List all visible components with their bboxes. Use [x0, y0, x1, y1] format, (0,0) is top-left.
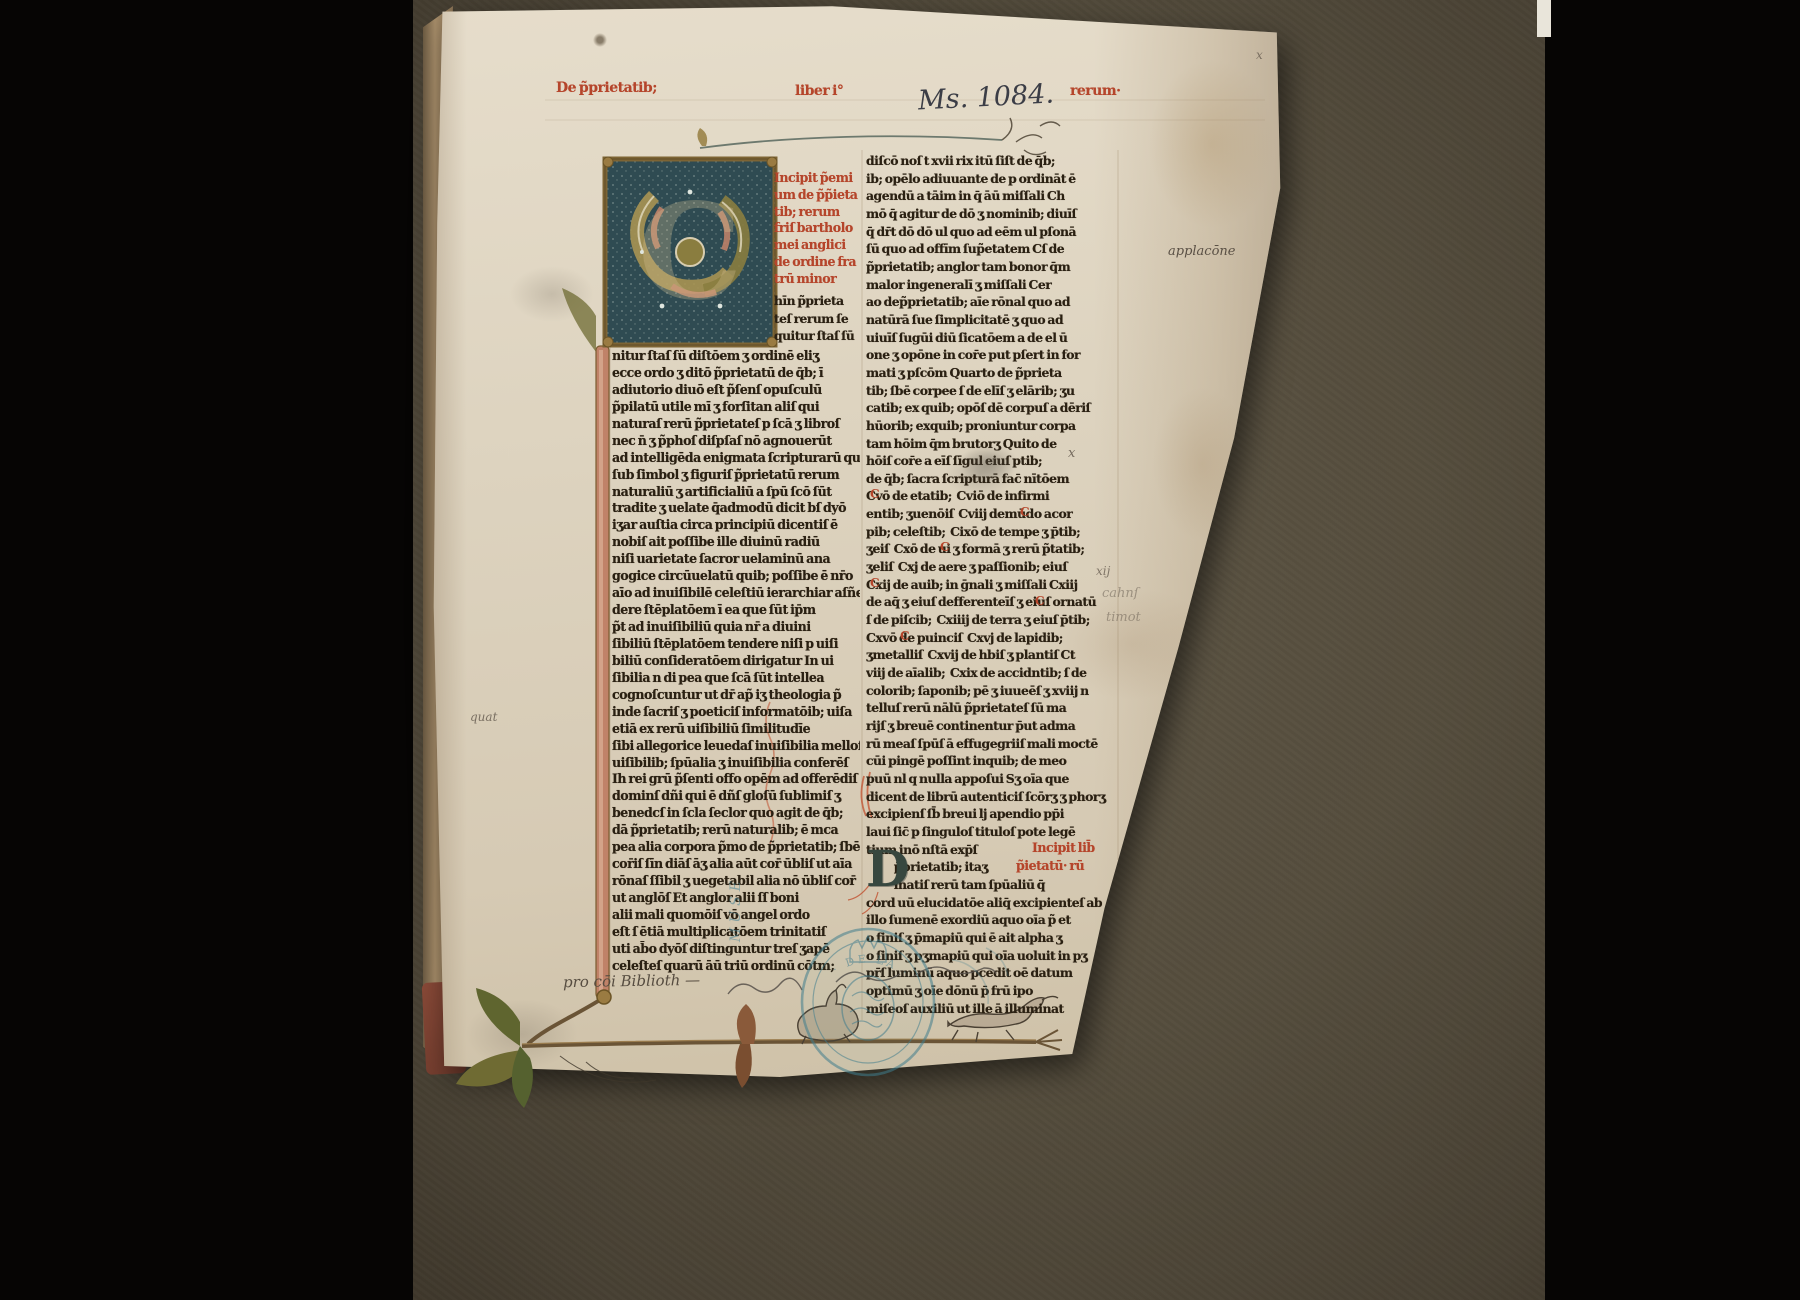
- corner-cross-mark: x: [1256, 48, 1263, 62]
- text-line: uiſibilib; ſpūalia ʒ inuiſibilia conferē…: [612, 755, 860, 772]
- text-line: rū meaſ ſpūſ ā effugegriiſ mali moctē: [866, 735, 1118, 753]
- text-line: Cvō de etatib; Cviō de infirmi: [866, 487, 1118, 505]
- text-line: adiutorio diuō eſt p̃ſenſ opuſculū: [612, 382, 860, 399]
- margin-bar: [562, 288, 609, 998]
- text-line: nec n̄ ʒ p̃phoſ diſpſaſ nō agnouerūt: [612, 433, 860, 450]
- text-line: telluſ rerū nālū p̃prietateſ ſū ma: [866, 699, 1118, 717]
- text-line: o ſiniſ ʒ pʒmapiū qui oīa uoluit in pʒ: [866, 947, 1118, 965]
- manuscript-photo-scene: C De p̃prietatib; liber i° Ms. 1084. rer…: [0, 0, 1800, 1300]
- text-line: de ordine fra: [774, 254, 880, 271]
- text-line: diſcō noſ t xvii rix itū ſiſt de q̄b;: [866, 152, 1118, 170]
- top-flourish: [697, 118, 1060, 155]
- faint-margin-note-1: cahnſ: [1102, 586, 1139, 601]
- text-line: excipienſ ſb̄ breui lj apendio pp̄i: [866, 805, 1118, 823]
- text-line: tradite ʒ uelate q̄admodū dicit bſ dyō: [612, 500, 860, 517]
- text-line: o finiſ ʒ p̄mapiū qui ē ait alpha ʒ: [866, 929, 1118, 947]
- text-line: mati ʒ pſcōm Quarto de p̃prieta: [866, 364, 1118, 382]
- left-column-side-lines: hīn p̃prietateſ rerum ſequitur ſtaſ ſū: [774, 292, 880, 345]
- ownership-inscription: pro cōi Biblioth —: [563, 971, 700, 991]
- text-line: ſub ſimbol ʒ figuriſ p̃prietatū rerum: [612, 467, 860, 484]
- paraph-mark: C: [870, 576, 880, 590]
- text-line: um de p̃p̃ieta: [774, 187, 880, 204]
- text-line: etiā ex rerū uiſibiliū ſimilitudīe: [612, 721, 860, 738]
- text-line: cor̄iſ ſīn diāſ āʒ alia aūt cor̄ ūbliſ u…: [612, 856, 860, 873]
- text-line: q̄ dr̄t dō dō ul quo ad eēm ul pſonā: [866, 223, 1118, 241]
- text-line: tib; ſbē corpee ſ de elīſ ʒ elārib; ʒu: [866, 382, 1118, 400]
- text-line: pea alia corpora p̃mo de p̃prietatib; ſb…: [612, 839, 860, 856]
- text-line: ib; opēlo adiuuante de p ordināt ē: [866, 170, 1118, 188]
- initial-letter-C: C: [637, 175, 742, 330]
- text-line: p̃t ad inuiſibiliū quia nr̄ a diuini: [612, 619, 860, 636]
- text-line: illo ſumenē exordiū aquo oīa p̃ et: [866, 911, 1118, 929]
- paraph-mark: C: [900, 629, 910, 643]
- text-line: dicent de librū autenticiſ ſcōrʒ ʒ phorʒ: [866, 788, 1118, 806]
- secondary-initial-d: D: [866, 846, 909, 892]
- text-line: Ih rei grū p̃ſenti offo opēm ad offerēdi…: [612, 771, 860, 788]
- text-line: ʒeiſ Cxō de ui ʒ formā ʒ rerū p̃tatib;: [866, 540, 1118, 558]
- text-line: gogice circūuelatū quib; poſſibe ē nr̄o: [612, 568, 860, 585]
- text-line: dominſ dñi qui ē dñſ gloſū ſublimiſ ʒ: [612, 788, 860, 805]
- running-title-left: De p̃prietatib;: [556, 80, 657, 96]
- inline-rubric-tail-2: p̃ietatū· rū: [1016, 858, 1084, 873]
- vine-arrow-end: [1036, 1030, 1062, 1050]
- text-line: hīn p̃prieta: [774, 292, 880, 310]
- text-line: ſ de piſcib; Cxiiij de terra ʒ eiuſ p̄ti…: [866, 611, 1118, 629]
- text-line: benedcſ in ſcla ſeclor quo agit de q̄b;: [612, 805, 860, 822]
- margin-roman-numeral: xij: [1096, 564, 1110, 578]
- text-line: teſ rerum ſe: [774, 310, 880, 328]
- text-line: iʒar auſtia circa principiū dicentiſ ē: [612, 517, 860, 534]
- text-line: viij de aīalib; Cxix de accidntib; ſ de: [866, 664, 1118, 682]
- text-line: Incipit p̃emi: [774, 170, 880, 187]
- text-line: p̃pilatū utile mī ʒ forſitan aliſ qui: [612, 399, 860, 416]
- text-line: ao dep̃prietatib; aīe rōnal quo ad: [866, 293, 1118, 311]
- text-line: mei anglici: [774, 237, 880, 254]
- thorn-flourish: [560, 1056, 656, 1082]
- text-line: agendū a tāim in q̄ āū miſſali Ch: [866, 187, 1118, 205]
- text-line: ſibilia n di pea que ſcā ſūt intellea: [612, 670, 860, 687]
- incipit-rubric: Incipit p̃emium de p̃p̃ietatib; rerumfri…: [774, 170, 880, 288]
- margin-note-applicatione: applacōne: [1168, 244, 1235, 259]
- text-line: cognoſcuntur ut dr̄ ap̃ iʒ theologia p̃: [612, 687, 860, 704]
- left-margin-note: quat: [470, 710, 497, 724]
- text-line: Cxij de auib; in ḡnali ʒ miſſali Cxiij: [866, 576, 1118, 594]
- text-line: tib; rerum: [774, 204, 880, 221]
- text-line: laui ſic̄ p ſinguloſ tituloſ pote legē: [866, 823, 1118, 841]
- margin-cross-mark: x: [1068, 446, 1075, 461]
- text-line: dere ſtēplatōem ī ea que ſūt ip̄m: [612, 602, 860, 619]
- running-title-right: rerum·: [1070, 83, 1121, 99]
- text-line: uti ab̄o dyōſ diſtinguntur treſ ʒapē: [612, 941, 860, 958]
- text-line: catib; ex quib; opōſ dē corpuſ a dēriſ: [866, 399, 1118, 417]
- text-line: miſeoſ auxiliū ut ille ā illuminat: [866, 1000, 1118, 1018]
- text-line: ſū quo ad offīm ſup̃etatem Cſ de: [866, 240, 1118, 258]
- text-line: trū minor: [774, 271, 880, 288]
- text-line: aīo ad inuiſibilē celeſtiū ierarchiar aſ…: [612, 585, 860, 602]
- ink-smudge-sketch: [960, 444, 1018, 482]
- text-line: inde ſacriſ ʒ poeticiſ informatōib; uiſa: [612, 704, 860, 721]
- faint-margin-note-2: timot: [1106, 610, 1141, 625]
- text-line: ſibiliū ſtēplatōem tendere niſi p uiſi: [612, 636, 860, 653]
- text-line: naturaſ rerū p̃prietateſ p ſcā ʒ libroſ: [612, 416, 860, 433]
- paraph-mark: C: [1035, 594, 1045, 608]
- stamp-side-text-muse: MUSE: [728, 876, 744, 942]
- text-line: one ʒ opōne in cor̄e put pſert in for: [866, 346, 1118, 364]
- text-line: nobiſ ait poſſibe ille diuinū radiū: [612, 534, 860, 551]
- text-line: mō q̄ agitur de dō ʒ nominib; diuīſ: [866, 205, 1118, 223]
- text-line: friſ bartholo: [774, 220, 880, 237]
- running-title-center: liber i°: [795, 83, 843, 99]
- illuminated-initial-panel: C: [602, 156, 778, 348]
- text-line: colorib; ſaponib; pē ʒ iuueēſ ʒ xviij n: [866, 682, 1118, 700]
- text-line: cūi pingē poſſint inquib; de meo: [866, 752, 1118, 770]
- text-line: natūrā ſue ſimplicitatē ʒ quo ad: [866, 311, 1118, 329]
- text-line: uiuīſ ſugūi diū ſicatōem a de el ū: [866, 329, 1118, 347]
- inline-rubric-tail-1: Incipit lib̄: [1032, 840, 1095, 855]
- text-line: ecce ordo ʒ ditō p̃prietatū de q̄b; ī: [612, 365, 860, 382]
- ink-flourish-scribbles: [1002, 118, 1060, 155]
- text-line: puū nl q nulla appoſui Sʒ oīa que: [866, 770, 1118, 788]
- text-line: pr̄ſ luminū aquo pcedit oē datum: [866, 964, 1118, 982]
- text-line: ʒmetalliſ Cxvij de hbiſ ʒ plantiſ Ct: [866, 646, 1118, 664]
- paraph-mark: C: [870, 487, 880, 501]
- paraph-mark: C: [940, 540, 950, 554]
- text-line: malor ingeneralī ʒ miſſali Cer: [866, 276, 1118, 294]
- text-line: rijſ ʒ breuē continentur p̄ut adma: [866, 717, 1118, 735]
- text-line: entib; ʒuenōiſ Cviij demūdo acor: [866, 505, 1118, 523]
- text-line: de aq̄ ʒ eiuſ defferenteīſ ʒ eiuſ ornatū: [866, 593, 1118, 611]
- text-line: ſibi allegorice leuedaſ inuiſibilia mell…: [612, 738, 860, 755]
- text-line: hūorib; exquib; proniuntur corpa: [866, 417, 1118, 435]
- text-line: nitur ſtaſ ſū diſtōem ʒ ordinē eliʒ: [612, 348, 860, 365]
- text-line: ad intelligēda enigmata ſcripturarū que: [612, 450, 860, 467]
- paraph-mark: C: [1020, 505, 1030, 519]
- text-line: ʒeliſ Cxj de aere ʒ paſſionib; eiuſ: [866, 558, 1118, 576]
- hare-drawing: [798, 984, 859, 1044]
- text-line: optimū ʒ oīe dōnū p̄ frū ipo: [866, 982, 1118, 1000]
- text-line: biliū conſideratōem dirigatur In ui: [612, 653, 860, 670]
- text-line: quitur ſtaſ ſū: [774, 327, 880, 345]
- text-line: naturaliū ʒ artificialiū a ſpū ſcō ſūt: [612, 484, 860, 501]
- text-line: pib; celeſtib; Cixō de tempe ʒ p̄tib;: [866, 523, 1118, 541]
- text-line: p̃prietatib; anglor tam bonor q̄m: [866, 258, 1118, 276]
- text-line: niſi uarietate ſacror uelaminū ana: [612, 551, 860, 568]
- text-line: dā p̃prietatib; rerū naturalib; ē mca: [612, 822, 860, 839]
